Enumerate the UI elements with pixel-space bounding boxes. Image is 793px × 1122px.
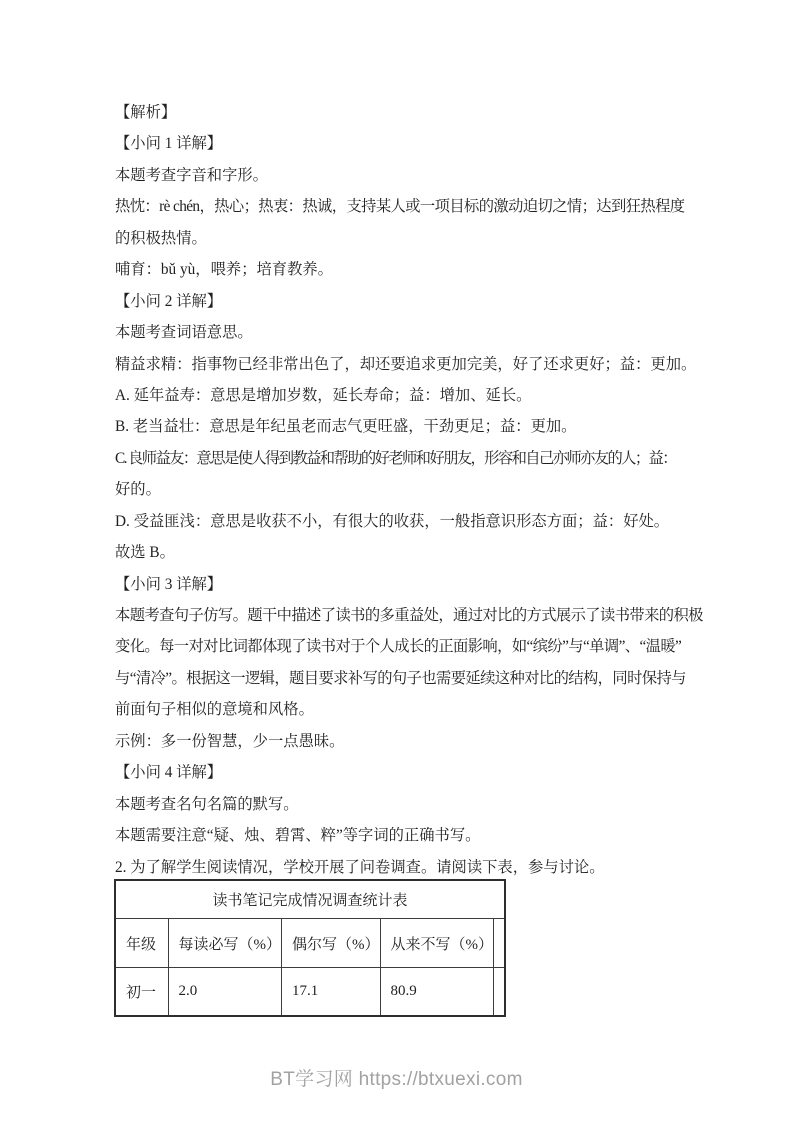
example-answer: 示例：多一份智慧，少一点愚昧。 — [115, 726, 682, 757]
doc-line: 本题需要注意“疑、烛、碧霄、粹”等字词的正确书写。 — [115, 820, 682, 851]
option-b-explanation: B. 老当益壮：意思是年纪虽老而志气更旺盛，干劲更足；益：更加。 — [115, 411, 682, 442]
table-title: 读书笔记完成情况调查统计表 — [115, 880, 505, 919]
subquestion-2-header: 【小问 2 详解】 — [115, 286, 682, 317]
column-header-empty — [494, 919, 506, 968]
table-cell-always: 2.0 — [168, 968, 282, 1017]
doc-line: 热忱：rè chén，热心；热衷：热诚，支持某人或一项目标的激动迫切之情；达到狂… — [115, 191, 682, 222]
answer-analysis-document: 【解析】 【小问 1 详解】 本题考查字音和字形。 热忱：rè chén，热心；… — [115, 97, 682, 883]
column-header-always: 每读必写（%） — [168, 919, 282, 968]
doc-line: 本题考查词语意思。 — [115, 317, 682, 348]
table-cell-grade: 初一 — [115, 968, 168, 1017]
subquestion-1-header: 【小问 1 详解】 — [115, 128, 682, 159]
doc-line: 本题考查句子仿写。题干中描述了读书的多重益处，通过对比的方式展示了读书带来的积极 — [115, 600, 682, 631]
table-cell-sometimes: 17.1 — [282, 968, 381, 1017]
subquestion-4-header: 【小问 4 详解】 — [115, 757, 682, 788]
survey-table: 读书笔记完成情况调查统计表 年级 每读必写（%） 偶尔写（%） 从来不写（%） … — [114, 879, 506, 1017]
table-cell-never: 80.9 — [380, 968, 494, 1017]
option-c-explanation: C. 良师益友：意思是使人得到教益和帮助的好老师和好朋友，形容和自己亦师亦友的人… — [115, 443, 682, 474]
column-header-sometimes: 偶尔写（%） — [282, 919, 381, 968]
analysis-header: 【解析】 — [115, 97, 682, 128]
doc-line: 好的。 — [115, 474, 682, 505]
doc-line: 本题考查名句名篇的默写。 — [115, 789, 682, 820]
footer-watermark: BT学习网 https://btxuexi.com — [0, 1064, 793, 1091]
doc-line: 精益求精：指事物已经非常出色了，却还要追求更加完美，好了还求更好；益：更加。 — [115, 349, 682, 380]
option-a-explanation: A. 延年益寿：意思是增加岁数，延长寿命；益：增加、延长。 — [115, 380, 682, 411]
subquestion-3-header: 【小问 3 详解】 — [115, 569, 682, 600]
doc-line: 变化。每一对对比词都体现了读书对于个人成长的正面影响，如“缤纷”与“单调”、“温… — [115, 631, 682, 662]
table-header-row: 年级 每读必写（%） 偶尔写（%） 从来不写（%） — [115, 919, 505, 968]
answer-choice: 故选 B。 — [115, 537, 682, 568]
doc-line: 与“清冷”。根据这一逻辑，题目要求补写的句子也需要延续这种对比的结构，同时保持与 — [115, 663, 682, 694]
doc-line: 前面句子相似的意境和风格。 — [115, 694, 682, 725]
doc-line: 哺育：bǔ yù，喂养；培育教养。 — [115, 254, 682, 285]
column-header-never: 从来不写（%） — [380, 919, 494, 968]
option-d-explanation: D. 受益匪浅：意思是收获不小，有很大的收获，一般指意识形态方面；益：好处。 — [115, 506, 682, 537]
column-header-grade: 年级 — [115, 919, 168, 968]
table-cell-empty — [494, 968, 506, 1017]
doc-line: 本题考查字音和字形。 — [115, 160, 682, 191]
doc-line: 的积极热情。 — [115, 223, 682, 254]
table-row: 初一 2.0 17.1 80.9 — [115, 968, 505, 1017]
